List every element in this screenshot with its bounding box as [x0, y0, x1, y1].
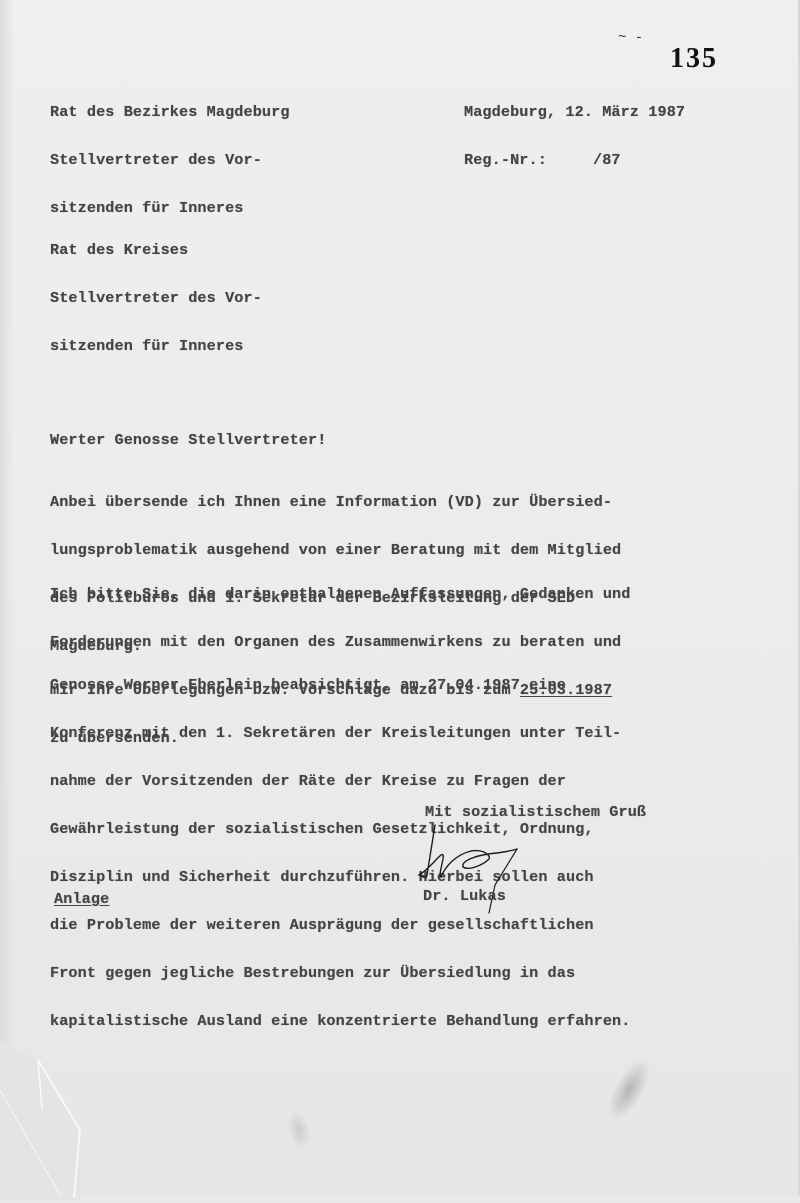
text-line: nahme der Vorsitzenden der Räte der Krei… [50, 773, 630, 789]
date-block: Magdeburg, 12. März 1987 Reg.-Nr.: /87 [464, 72, 685, 200]
signatory-name: Dr. Lukas [423, 888, 506, 904]
text-line: die Probleme der weiteren Ausprägung der… [50, 917, 630, 933]
folded-corner [0, 1040, 130, 1200]
sender-line: Stellvertreter des Vor- [50, 152, 290, 168]
reg-number: Reg.-Nr.: /87 [464, 152, 685, 168]
place-date: Magdeburg, 12. März 1987 [464, 104, 685, 120]
salutation: Werter Genosse Stellvertreter! [50, 432, 326, 448]
text-line: kapitalistische Ausland eine konzentrier… [50, 1013, 630, 1029]
recipient-block: Rat des Kreises Stellvertreter des Vor- … [50, 210, 262, 386]
recipient-line: Stellvertreter des Vor- [50, 290, 262, 306]
page-number: 135 [670, 43, 718, 75]
text-line: Front gegen jegliche Bestrebungen zur Üb… [50, 965, 630, 981]
text-line: Konferenz mit den 1. Sekretären der Krei… [50, 725, 630, 741]
text-line: Anbei übersende ich Ihnen eine Informati… [50, 494, 621, 510]
enclosure-label: Anlage [54, 891, 109, 907]
text-line: Genosse Werner Eberlein beabsichtigt, am… [50, 677, 630, 693]
smudge-mark [599, 1053, 658, 1128]
text-line: Disziplin und Sicherheit durchzuführen. … [50, 869, 630, 885]
top-mark: ~ - [618, 30, 643, 46]
paragraph-3: Genosse Werner Eberlein beabsichtigt, am… [50, 645, 630, 1061]
text-line: Ich bitte Sie, die darin enthaltenen Auf… [50, 586, 630, 602]
text-line: Gewährleistung der sozialistischen Geset… [50, 821, 630, 837]
sender-line: Rat des Bezirkes Magdeburg [50, 104, 290, 120]
recipient-line: sitzenden für Inneres [50, 338, 262, 354]
smudge-mark [283, 1108, 315, 1152]
recipient-line: Rat des Kreises [50, 242, 262, 258]
document-page: ~ - 135 Rat des Bezirkes Magdeburg Stell… [0, 0, 800, 1196]
